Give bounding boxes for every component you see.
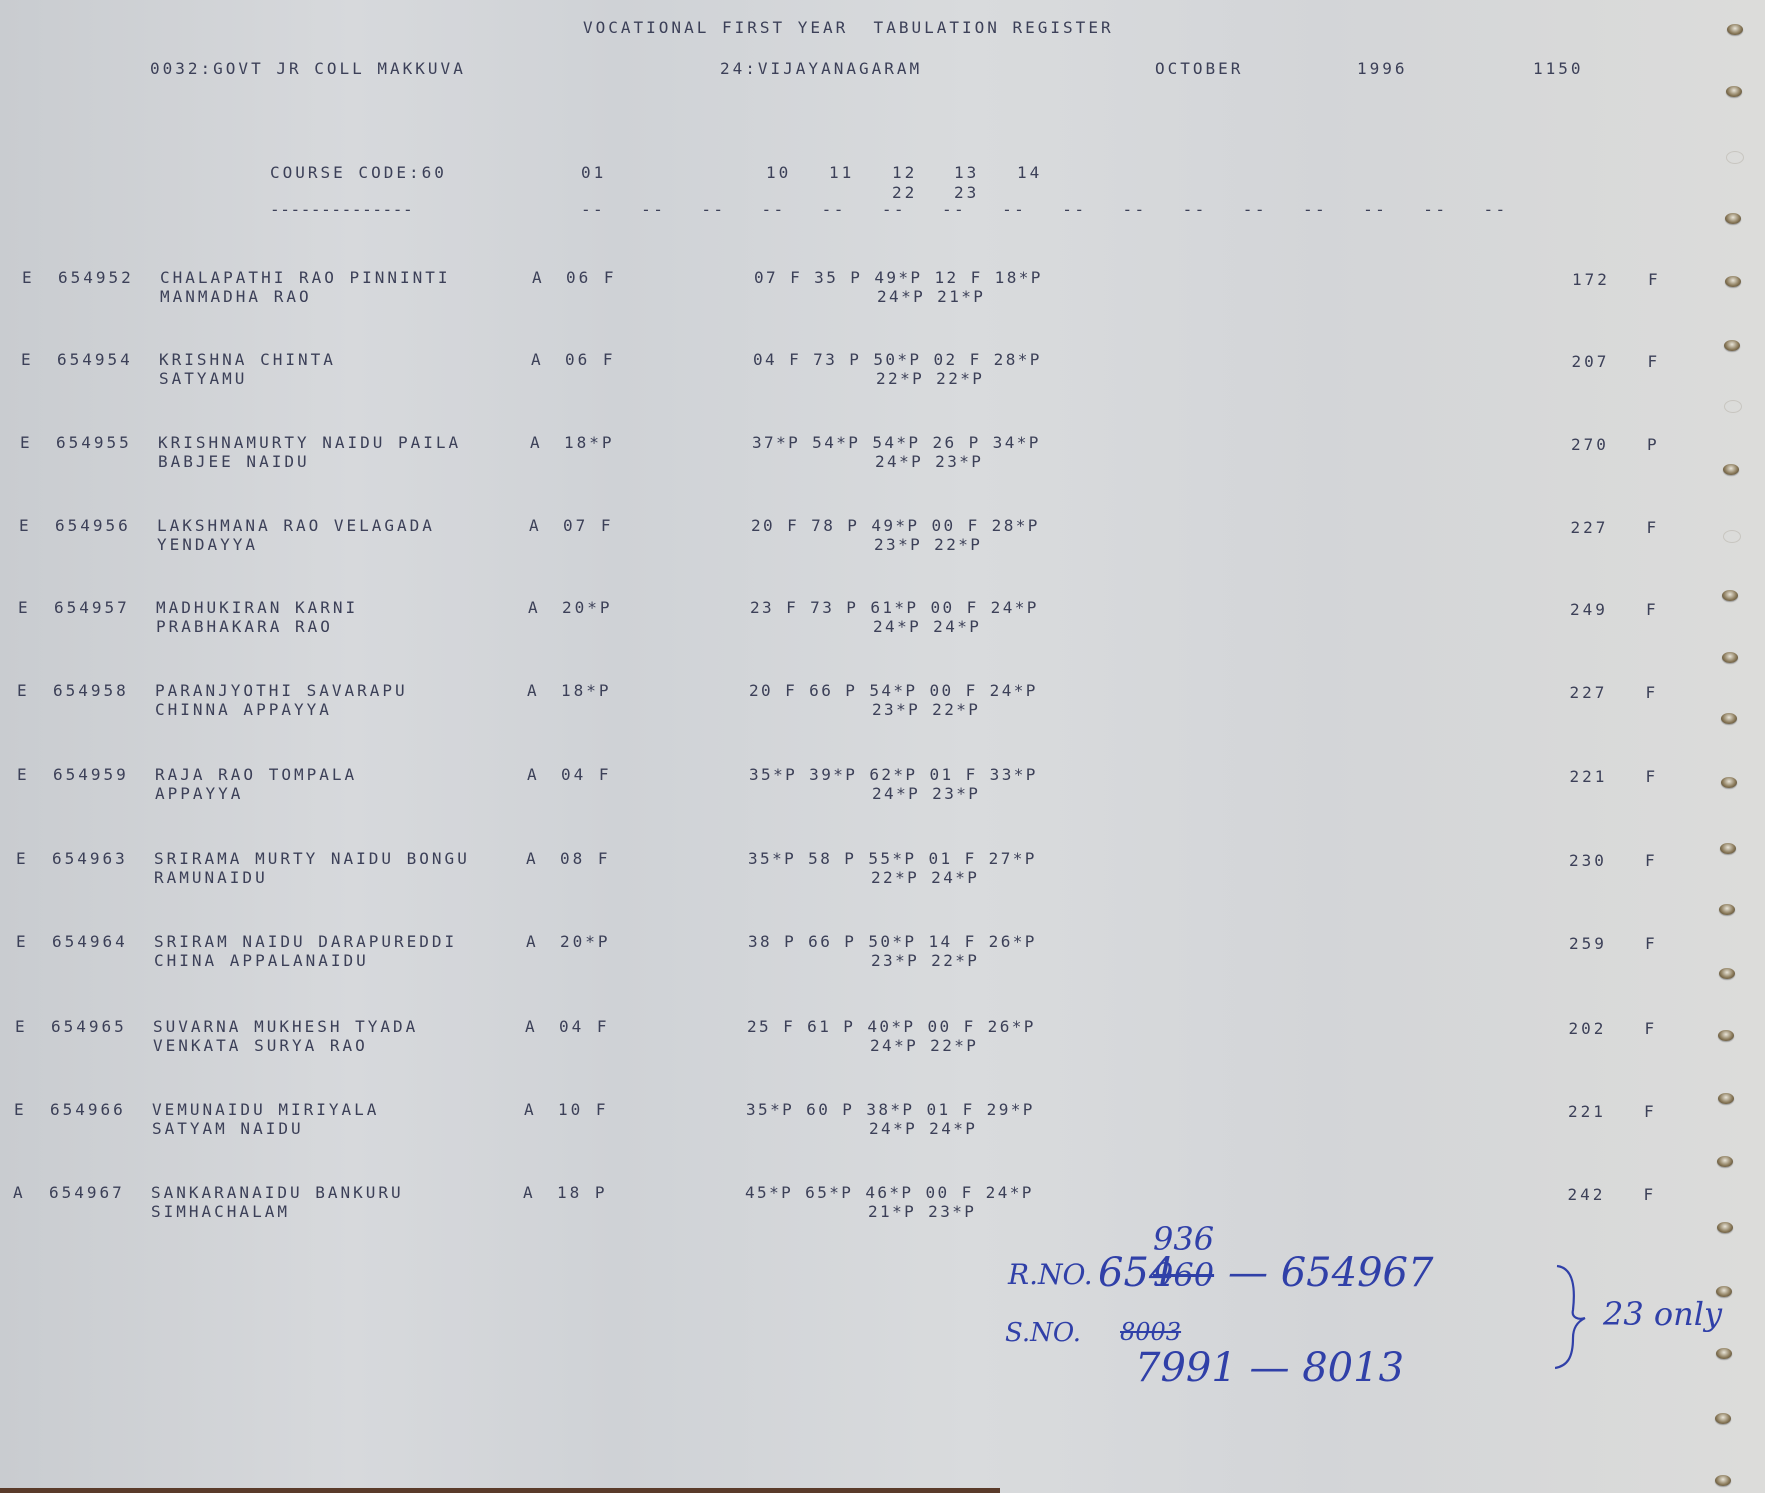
marks-subject-01: 18*P xyxy=(561,681,612,700)
category-code: E xyxy=(20,433,33,452)
feed-hole xyxy=(1723,464,1739,475)
marks-subjects-22-23: 23*P 22*P xyxy=(871,951,979,970)
parent-name: PRABHAKARA RAO xyxy=(156,617,333,636)
feed-hole xyxy=(1716,1286,1732,1297)
student-name: PARANJYOTHI SAVARAPU xyxy=(155,681,408,700)
total-marks: 221 xyxy=(1570,767,1608,786)
marks-subjects-22-23: 21*P 23*P xyxy=(868,1202,976,1221)
rno-struck-digits: 960 xyxy=(1153,1256,1214,1294)
feed-hole xyxy=(1718,1093,1734,1104)
result-status: F xyxy=(1645,851,1658,870)
parent-name: YENDAYYA xyxy=(157,535,258,554)
category-code: A xyxy=(13,1183,26,1202)
course-code: COURSE CODE:60 xyxy=(270,163,447,182)
exam-year: 1996 xyxy=(1357,59,1408,78)
marks-subjects-10-14: 04 F 73 P 50*P 02 F 28*P xyxy=(753,350,1042,369)
category-code: E xyxy=(16,932,29,951)
result-status: F xyxy=(1648,352,1661,371)
exam-month: OCTOBER xyxy=(1155,59,1243,78)
category-code: E xyxy=(19,516,32,535)
marks-subjects-10-14: 20 F 78 P 49*P 00 F 28*P xyxy=(751,516,1040,535)
count-note: 23 only xyxy=(1603,1295,1722,1333)
roll-number: 654954 xyxy=(57,350,133,369)
group-code: A xyxy=(527,681,540,700)
student-name: KRISHNA CHINTA xyxy=(159,350,336,369)
marks-subject-01: 08 F xyxy=(560,849,611,868)
sno-range: 7991 — 8013 xyxy=(1135,1345,1404,1391)
sno-struck-digits: 8003 xyxy=(1120,1318,1181,1346)
result-status: F xyxy=(1646,683,1659,702)
parent-name: BABJEE NAIDU xyxy=(158,452,310,471)
roll-number: 654958 xyxy=(53,681,129,700)
marks-subjects-10-14: 45*P 65*P 46*P 00 F 24*P xyxy=(745,1183,1034,1202)
rno-range-end: — 654967 xyxy=(1228,1250,1433,1296)
result-status: F xyxy=(1644,1102,1657,1121)
rno-label: R.NO. xyxy=(1008,1258,1093,1291)
group-code: A xyxy=(526,932,539,951)
marks-subjects-22-23: 22*P 24*P xyxy=(871,868,979,887)
result-status: P xyxy=(1647,435,1660,454)
total-marks: 227 xyxy=(1570,683,1608,702)
marks-subject-01: 20*P xyxy=(560,932,611,951)
feed-hole xyxy=(1721,713,1737,724)
total-marks: 227 xyxy=(1571,518,1609,537)
marks-subjects-22-23: 23*P 22*P xyxy=(874,535,982,554)
feed-hole xyxy=(1721,777,1737,788)
parent-name: SATYAMU xyxy=(159,369,247,388)
roll-number: 654967 xyxy=(49,1183,125,1202)
roll-number: 654957 xyxy=(54,598,130,617)
marks-subject-01: 07 F xyxy=(563,516,614,535)
subject-code-11: 11 xyxy=(829,163,854,182)
feed-hole xyxy=(1719,968,1735,979)
feed-hole xyxy=(1715,1475,1731,1486)
group-code: A xyxy=(523,1183,536,1202)
parent-name: VENKATA SURYA RAO xyxy=(153,1036,368,1055)
brace-icon xyxy=(1555,1262,1595,1372)
student-name: KRISHNAMURTY NAIDU PAILA xyxy=(158,433,461,452)
group-code: A xyxy=(532,268,545,287)
group-code: A xyxy=(526,849,539,868)
page-number: 1150 xyxy=(1533,59,1584,78)
feed-hole xyxy=(1722,652,1738,663)
marks-subjects-22-23: 24*P 21*P xyxy=(877,287,985,306)
marks-subject-01: 04 F xyxy=(559,1017,610,1036)
student-name: MADHUKIRAN KARNI xyxy=(156,598,358,617)
total-marks: 221 xyxy=(1568,1102,1606,1121)
group-code: A xyxy=(530,433,543,452)
roll-number: 654965 xyxy=(51,1017,127,1036)
marks-subject-01: 06 F xyxy=(565,350,616,369)
result-status: F xyxy=(1645,934,1658,953)
result-status: F xyxy=(1645,1019,1658,1038)
feed-hole xyxy=(1717,1222,1733,1233)
group-code: A xyxy=(525,1017,538,1036)
feed-hole xyxy=(1724,340,1740,351)
category-code: E xyxy=(14,1100,27,1119)
roll-number: 654952 xyxy=(58,268,134,287)
marks-subjects-10-14: 25 F 61 P 40*P 00 F 26*P xyxy=(747,1017,1036,1036)
parent-name: CHINA APPALANAIDU xyxy=(154,951,369,970)
feed-hole xyxy=(1718,1030,1734,1041)
feed-hole xyxy=(1719,904,1735,915)
feed-hole xyxy=(1720,843,1736,854)
result-status: F xyxy=(1646,600,1659,619)
register-title: VOCATIONAL FIRST YEAR TABULATION REGISTE… xyxy=(583,18,1114,37)
parent-name: CHINNA APPAYYA xyxy=(155,700,332,719)
category-code: E xyxy=(15,1017,28,1036)
group-code: A xyxy=(528,598,541,617)
student-name: SANKARANAIDU BANKURU xyxy=(151,1183,404,1202)
marks-subjects-22-23: 24*P 23*P xyxy=(875,452,983,471)
category-code: E xyxy=(16,849,29,868)
marks-subjects-22-23: 24*P 22*P xyxy=(870,1036,978,1055)
total-marks: 172 xyxy=(1572,270,1610,289)
group-code: A xyxy=(524,1100,537,1119)
marks-subjects-10-14: 37*P 54*P 54*P 26 P 34*P xyxy=(752,433,1041,452)
feed-hole xyxy=(1715,1413,1731,1424)
subject-code-14: 14 xyxy=(1017,163,1042,182)
category-code: E xyxy=(18,598,31,617)
marks-subjects-10-14: 35*P 60 P 38*P 01 F 29*P xyxy=(746,1100,1035,1119)
marks-subjects-10-14: 20 F 66 P 54*P 00 F 24*P xyxy=(749,681,1038,700)
result-status: F xyxy=(1646,767,1659,786)
feed-hole xyxy=(1722,590,1738,601)
group-code: A xyxy=(527,765,540,784)
parent-name: RAMUNAIDU xyxy=(154,868,268,887)
student-name: LAKSHMANA RAO VELAGADA xyxy=(157,516,435,535)
marks-subjects-10-14: 38 P 66 P 50*P 14 F 26*P xyxy=(748,932,1037,951)
roll-number: 654956 xyxy=(55,516,131,535)
marks-subject-01: 10 F xyxy=(558,1100,609,1119)
total-marks: 270 xyxy=(1571,435,1609,454)
marks-subjects-22-23: 23*P 22*P xyxy=(872,700,980,719)
marks-subject-01: 04 F xyxy=(561,765,612,784)
rno-correction: 936 xyxy=(1153,1220,1214,1258)
parent-name: SIMHACHALAM xyxy=(151,1202,290,1221)
marks-subjects-22-23: 24*P 24*P xyxy=(873,617,981,636)
subject-code-13: 13 xyxy=(954,163,979,182)
marks-subjects-22-23: 22*P 22*P xyxy=(876,369,984,388)
feed-hole xyxy=(1725,213,1741,224)
marks-subjects-10-14: 35*P 58 P 55*P 01 F 27*P xyxy=(748,849,1037,868)
marks-subject-01: 20*P xyxy=(562,598,613,617)
subject-code-01: 01 xyxy=(581,163,606,182)
total-marks: 202 xyxy=(1569,1019,1607,1038)
total-marks: 230 xyxy=(1569,851,1607,870)
feed-hole xyxy=(1723,530,1741,543)
roll-number: 654959 xyxy=(53,765,129,784)
subject-code-10: 10 xyxy=(766,163,791,182)
group-code: A xyxy=(529,516,542,535)
category-code: E xyxy=(17,765,30,784)
marks-subject-01: 06 F xyxy=(566,268,617,287)
parent-name: APPAYYA xyxy=(155,784,243,803)
total-marks: 259 xyxy=(1569,934,1607,953)
college-name: 0032:GOVT JR COLL MAKKUVA xyxy=(150,59,466,78)
marks-subjects-10-14: 35*P 39*P 62*P 01 F 33*P xyxy=(749,765,1038,784)
student-name: SRIRAM NAIDU DARAPUREDDI xyxy=(154,932,457,951)
paper-bottom-edge xyxy=(0,1488,1000,1493)
student-name: VEMUNAIDU MIRIYALA xyxy=(152,1100,379,1119)
category-code: E xyxy=(22,268,35,287)
feed-hole xyxy=(1724,400,1742,413)
feed-hole xyxy=(1717,1156,1733,1167)
marks-subjects-22-23: 24*P 23*P xyxy=(872,784,980,803)
result-status: F xyxy=(1644,1185,1657,1204)
total-marks: 249 xyxy=(1570,600,1608,619)
student-name: SRIRAMA MURTY NAIDU BONGU xyxy=(154,849,470,868)
feed-hole xyxy=(1716,1348,1732,1359)
course-code-underline: -------------- xyxy=(270,200,413,219)
roll-number: 654955 xyxy=(56,433,132,452)
roll-number: 654963 xyxy=(52,849,128,868)
parent-name: SATYAM NAIDU xyxy=(152,1119,304,1138)
category-code: E xyxy=(21,350,34,369)
roll-number: 654964 xyxy=(52,932,128,951)
group-code: A xyxy=(531,350,544,369)
marks-subjects-10-14: 23 F 73 P 61*P 00 F 24*P xyxy=(750,598,1039,617)
feed-hole xyxy=(1726,151,1744,164)
feed-hole xyxy=(1727,24,1743,35)
column-dashes: -- -- -- -- -- -- -- -- -- -- -- -- -- -… xyxy=(581,200,1508,219)
marks-subject-01: 18*P xyxy=(564,433,615,452)
student-name: RAJA RAO TOMPALA xyxy=(155,765,357,784)
subject-code-12: 12 xyxy=(892,163,917,182)
marks-subjects-10-14: 07 F 35 P 49*P 12 F 18*P xyxy=(754,268,1043,287)
marks-subject-01: 18 P xyxy=(557,1183,608,1202)
total-marks: 207 xyxy=(1572,352,1610,371)
feed-hole xyxy=(1725,276,1741,287)
student-name: CHALAPATHI RAO PINNINTI xyxy=(160,268,451,287)
feed-hole xyxy=(1726,86,1742,97)
result-status: F xyxy=(1648,270,1661,289)
student-name: SUVARNA MUKHESH TYADA xyxy=(153,1017,418,1036)
total-marks: 242 xyxy=(1568,1185,1606,1204)
category-code: E xyxy=(17,681,30,700)
district-name: 24:VIJAYANAGARAM xyxy=(720,59,922,78)
result-status: F xyxy=(1647,518,1660,537)
sno-label: S.NO. xyxy=(1005,1318,1081,1348)
marks-subjects-22-23: 24*P 24*P xyxy=(869,1119,977,1138)
parent-name: MANMADHA RAO xyxy=(160,287,312,306)
roll-number: 654966 xyxy=(50,1100,126,1119)
